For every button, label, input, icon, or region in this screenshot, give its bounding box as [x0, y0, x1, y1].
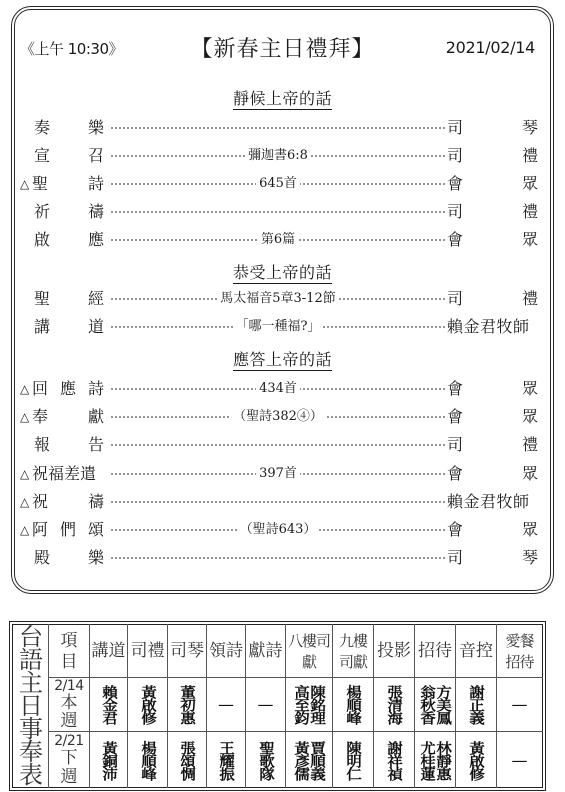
- duty-cell: 方美鳳翁秋香: [415, 678, 455, 731]
- duty-cell: 林靜惠尤桂蓮: [415, 732, 455, 788]
- duty-cell: 張頌惆: [168, 732, 206, 788]
- program-detail: 397首: [256, 466, 300, 481]
- duty-cell: 黃啟修: [456, 732, 496, 788]
- duty-cell: 賴金君: [90, 678, 127, 731]
- triangle-marker-icon: △: [20, 172, 29, 196]
- column-header: 音控: [456, 626, 496, 677]
- triangle-marker-icon: △: [20, 518, 29, 542]
- section-title-responding: 應答上帝的話: [0, 347, 565, 370]
- column-header: 司琴: [168, 626, 206, 677]
- leader-dots: [110, 211, 446, 213]
- leader-dots: [110, 444, 446, 446]
- column-header: 司禮: [128, 626, 167, 677]
- program-row: △祝禱 賴金君牧師: [0, 490, 565, 514]
- row-label-next-week: 2/21 下週: [49, 732, 89, 788]
- program-row: 講道 「哪一種福?」 賴金君牧師: [0, 315, 565, 339]
- program-detail: 彌迦書6:8: [245, 148, 311, 163]
- column-header: 九樓司獻: [333, 626, 373, 677]
- duty-cell: 董初惠: [168, 678, 206, 731]
- duty-cell: 黃啟修: [128, 678, 167, 731]
- column-header: 領詩: [207, 626, 245, 677]
- column-header: 獻詩: [246, 626, 285, 677]
- leader-dots: [110, 557, 446, 559]
- program-row: 宣召 彌迦書6:8 司禮: [0, 144, 565, 168]
- program-row: 報告 司禮: [0, 433, 565, 457]
- leader-dots: [110, 501, 446, 503]
- preacher-name: 賴金君牧師: [447, 315, 530, 339]
- triangle-marker-icon: △: [20, 462, 29, 486]
- program-row: 啟應 第6篇 會眾: [0, 228, 565, 252]
- duty-cell: 謝正義: [456, 678, 496, 731]
- section-title-receiving: 恭受上帝的話: [0, 260, 565, 283]
- program-detail: 645首: [256, 176, 300, 191]
- column-header: 招待: [415, 626, 455, 677]
- program-row: △回應詩 434首 會眾: [0, 377, 565, 401]
- duty-cell-empty: —: [497, 678, 542, 731]
- triangle-marker-icon: △: [20, 377, 29, 401]
- duty-cell-empty: —: [497, 732, 542, 788]
- program-detail: 434首: [256, 381, 300, 396]
- triangle-marker-icon: △: [20, 490, 29, 514]
- duty-cell: 楊順峰: [333, 678, 373, 731]
- triangle-marker-icon: △: [20, 405, 29, 429]
- program-row: △阿們頌 （聖詩643） 會眾: [0, 518, 565, 542]
- leader-dots: [110, 127, 446, 129]
- duty-cell: 陳明仁: [333, 732, 373, 788]
- program-detail: 第6篇: [258, 232, 298, 247]
- sermon-title: 「哪一種福?」: [233, 319, 324, 334]
- program-row: △聖詩 645首 會眾: [0, 172, 565, 196]
- column-header: 投影: [374, 626, 414, 677]
- service-date: 2021/02/14: [446, 38, 535, 57]
- duty-cell: 謝祥禎: [374, 732, 414, 788]
- duty-cell: 楊順峰: [128, 732, 167, 788]
- duty-cell: 王耀振: [207, 732, 245, 788]
- program-row: △奉獻 （聖詩382④） 會眾: [0, 405, 565, 429]
- program-row: 聖經 馬太福音5章3-12節 司禮: [0, 287, 565, 311]
- program-detail: （聖詩643）: [237, 522, 320, 537]
- duty-cell: 賈順義黃彥儒: [286, 732, 332, 788]
- column-header: 講道: [90, 626, 127, 677]
- duty-cell-empty: —: [246, 678, 285, 731]
- duty-table-title: 台語主日事奉表: [16, 626, 46, 786]
- section-title-waiting: 靜候上帝的話: [0, 86, 565, 109]
- column-header: 項目: [49, 626, 89, 677]
- duty-cell: 黃銅沛: [90, 732, 127, 788]
- program-row: 殿樂 司琴: [0, 546, 565, 570]
- duty-cell: 聖歌隊: [246, 732, 285, 788]
- duty-cell: 陳銘理高至鈞: [286, 678, 332, 731]
- program-row: △祝福差遣 397首 會眾: [0, 462, 565, 486]
- program-row: 奏樂 司琴: [0, 116, 565, 140]
- column-header: 愛餐招待: [497, 626, 542, 677]
- duty-cell: 張清海: [374, 678, 414, 731]
- program-row: 祈禱 司禮: [0, 200, 565, 224]
- row-label-this-week: 2/14 本週: [49, 678, 89, 731]
- program-detail: 馬太福音5章3-12節: [217, 291, 338, 306]
- duty-cell-empty: —: [207, 678, 245, 731]
- program-detail: （聖詩382④）: [230, 409, 326, 424]
- benediction-leader: 賴金君牧師: [447, 490, 530, 514]
- column-header: 八樓司獻: [286, 626, 332, 677]
